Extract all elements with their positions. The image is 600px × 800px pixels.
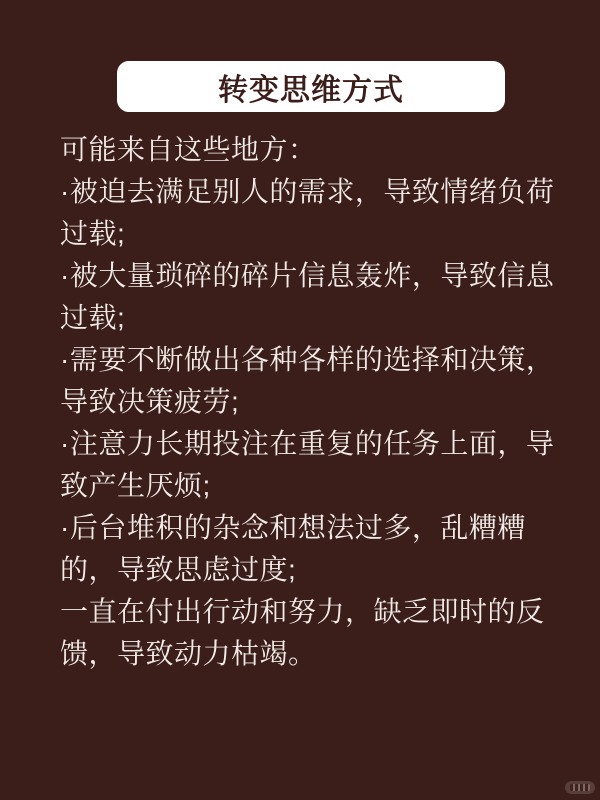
body-line: 过载;	[60, 213, 540, 255]
title-pill: 转变思维方式	[117, 61, 505, 112]
card-page: 转变思维方式 可能来自这些地方： ·被迫去满足别人的需求，导致情绪负荷 过载; …	[0, 0, 600, 800]
body-line: 一直在付出行动和努力，缺乏即时的反	[60, 591, 540, 633]
body-line: ·后台堆积的杂念和想法过多，乱糟糟	[60, 507, 540, 549]
body-line: 的，导致思虑过度;	[60, 549, 540, 591]
page-title: 转变思维方式	[218, 65, 404, 109]
body-line: ·被迫去满足别人的需求，导致情绪负荷	[60, 171, 540, 213]
watermark	[565, 781, 595, 794]
body-line: ·被大量琐碎的碎片信息轰炸，导致信息	[60, 255, 540, 297]
body-line: ·需要不断做出各种各样的选择和决策，	[60, 339, 540, 381]
watermark-glyphs	[570, 784, 590, 791]
body-line: 导致决策疲劳;	[60, 381, 540, 423]
body-line: 馈，导致动力枯竭。	[60, 633, 540, 675]
body-line: 过载;	[60, 297, 540, 339]
body-text-block: 可能来自这些地方： ·被迫去满足别人的需求，导致情绪负荷 过载; ·被大量琐碎的…	[60, 129, 540, 675]
body-line: 可能来自这些地方：	[60, 129, 540, 171]
body-line: 致产生厌烦;	[60, 465, 540, 507]
body-line: ·注意力长期投注在重复的任务上面，导	[60, 423, 540, 465]
